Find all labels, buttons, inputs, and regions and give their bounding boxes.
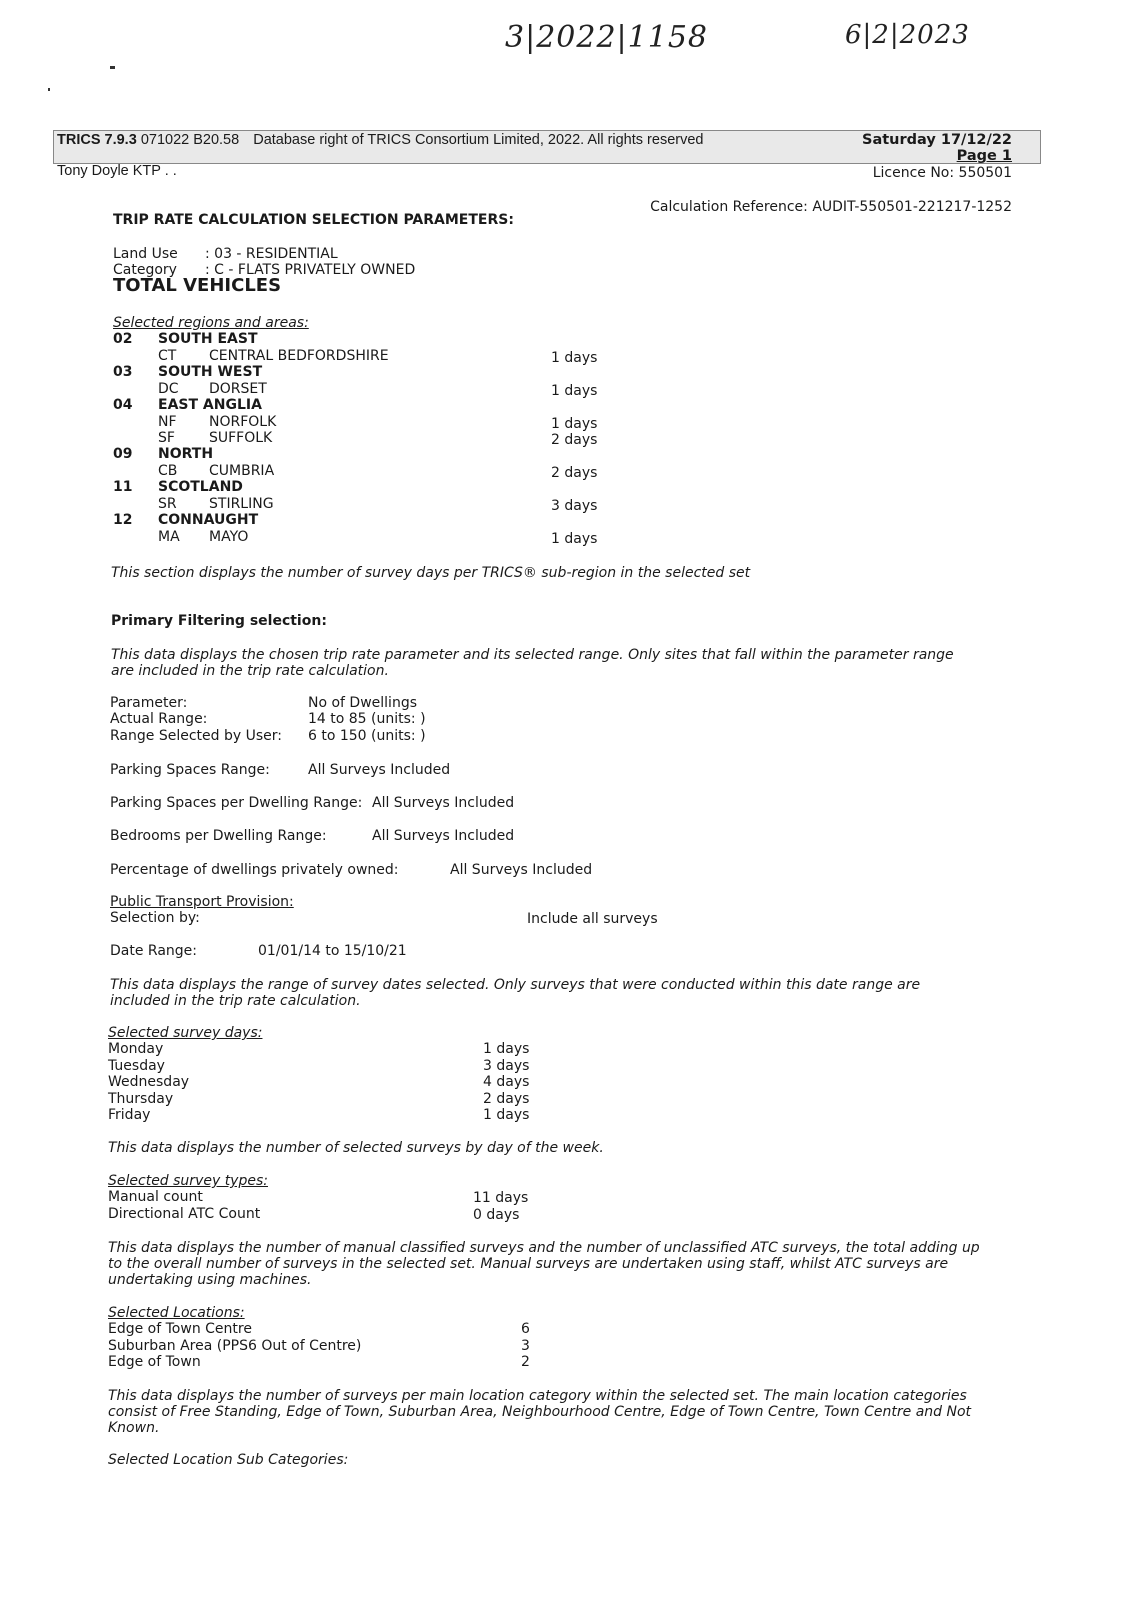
build-id: 071022 B20.58	[141, 132, 239, 148]
survey-type: Directional ATC Count	[108, 1206, 260, 1222]
survey-day: Thursday	[108, 1091, 173, 1107]
region-name: CONNAUGHT	[158, 512, 258, 528]
survey-day: Friday	[108, 1107, 150, 1123]
parking-spaces-label: Parking Spaces Range:	[110, 762, 270, 778]
public-transport-value: Include all surveys	[527, 911, 658, 927]
locations-note: This data displays the number of surveys…	[108, 1388, 988, 1436]
survey-type: Manual count	[108, 1189, 203, 1205]
area-name: MAYO	[209, 529, 248, 545]
region-name: EAST ANGLIA	[158, 397, 262, 413]
area-code: CB	[158, 463, 177, 479]
parking-per-dwelling-value: All Surveys Included	[372, 795, 514, 811]
copyright: Database right of TRICS Consortium Limit…	[253, 132, 703, 148]
bedrooms-per-dwelling-label: Bedrooms per Dwelling Range:	[110, 828, 327, 844]
area-name: CUMBRIA	[209, 463, 274, 479]
pct-private-label: Percentage of dwellings privately owned:	[110, 862, 399, 878]
primary-filtering-note: This data displays the chosen trip rate …	[111, 647, 971, 679]
area-days: 1 days	[551, 350, 597, 366]
pct-private-value: All Surveys Included	[450, 862, 592, 878]
region-code: 04	[113, 397, 132, 413]
area-name: STIRLING	[209, 496, 274, 512]
location-count: 6	[521, 1321, 530, 1337]
handwritten-reference: 3|2022|1158	[505, 20, 708, 55]
survey-type-count: 11 days	[473, 1190, 528, 1206]
region-code: 11	[113, 479, 132, 495]
parameter-label: Parameter:	[110, 695, 187, 711]
area-code: DC	[158, 381, 179, 397]
survey-day: Tuesday	[108, 1058, 165, 1074]
survey-days-note: This data displays the number of selecte…	[108, 1140, 604, 1156]
parking-spaces-value: All Surveys Included	[308, 762, 450, 778]
survey-day-count: 4 days	[483, 1074, 529, 1090]
user-name: Tony Doyle KTP . .	[57, 163, 177, 179]
location-name: Edge of Town	[108, 1354, 201, 1370]
location-count: 3	[521, 1338, 530, 1354]
calculation-reference: Calculation Reference: AUDIT-550501-2212…	[650, 199, 1012, 215]
area-days: 2 days	[551, 465, 597, 481]
region-code: 03	[113, 364, 132, 380]
survey-types-heading: Selected survey types:	[108, 1173, 268, 1189]
location-name: Suburban Area (PPS6 Out of Centre)	[108, 1338, 361, 1354]
user-range-value: 6 to 150 (units: )	[308, 728, 426, 744]
header-line: TRICS 7.9.3 071022 B20.58 Database right…	[57, 132, 703, 148]
report-date: Saturday 17/12/22	[862, 132, 1012, 148]
area-days: 2 days	[551, 432, 597, 448]
parameter-value: No of Dwellings	[308, 695, 417, 711]
area-name: CENTRAL BEDFORDSHIRE	[209, 348, 389, 364]
area-name: NORFOLK	[209, 414, 276, 430]
area-code: SR	[158, 496, 177, 512]
actual-range-label: Actual Range:	[110, 711, 207, 727]
region-code: 09	[113, 446, 132, 462]
scan-mark	[48, 88, 50, 91]
regions-heading: Selected regions and areas:	[113, 315, 309, 331]
handwritten-date: 6|2|2023	[845, 20, 970, 50]
page-number: Page 1	[957, 148, 1012, 164]
land-use-label: Land Use	[113, 246, 178, 262]
region-name: SOUTH WEST	[158, 364, 262, 380]
area-days: 1 days	[551, 383, 597, 399]
scan-mark	[110, 66, 115, 69]
bedrooms-per-dwelling-value: All Surveys Included	[372, 828, 514, 844]
area-name: SUFFOLK	[209, 430, 272, 446]
survey-day: Monday	[108, 1041, 163, 1057]
primary-filtering-heading: Primary Filtering selection:	[111, 613, 327, 629]
region-code: 02	[113, 331, 132, 347]
date-range-note: This data displays the range of survey d…	[110, 977, 970, 1009]
actual-range-value: 14 to 85 (units: )	[308, 711, 426, 727]
public-transport-label: Selection by:	[110, 910, 200, 926]
region-name: NORTH	[158, 446, 213, 462]
area-days: 3 days	[551, 498, 597, 514]
locations-heading: Selected Locations:	[108, 1305, 245, 1321]
survey-types-note: This data displays the number of manual …	[108, 1240, 988, 1288]
survey-day-count: 2 days	[483, 1091, 529, 1107]
area-code: MA	[158, 529, 180, 545]
area-days: 1 days	[551, 531, 597, 547]
date-range-label: Date Range:	[110, 943, 197, 959]
date-range-value: 01/01/14 to 15/10/21	[258, 943, 407, 959]
location-name: Edge of Town Centre	[108, 1321, 252, 1337]
app-version: TRICS 7.9.3	[57, 132, 137, 148]
survey-day-count: 1 days	[483, 1041, 529, 1057]
region-code: 12	[113, 512, 132, 528]
public-transport-heading: Public Transport Provision:	[110, 894, 294, 910]
survey-day: Wednesday	[108, 1074, 189, 1090]
land-use-value: : 03 - RESIDENTIAL	[205, 246, 338, 262]
area-name: DORSET	[209, 381, 267, 397]
parking-per-dwelling-label: Parking Spaces per Dwelling Range:	[110, 795, 362, 811]
location-count: 2	[521, 1354, 530, 1370]
page-title: TRIP RATE CALCULATION SELECTION PARAMETE…	[113, 212, 514, 228]
measure-title: TOTAL VEHICLES	[113, 275, 281, 296]
area-days: 1 days	[551, 416, 597, 432]
sub-categories-heading: Selected Location Sub Categories:	[108, 1452, 348, 1468]
survey-type-count: 0 days	[473, 1207, 519, 1223]
survey-days-heading: Selected survey days:	[108, 1025, 262, 1041]
region-name: SOUTH EAST	[158, 331, 258, 347]
survey-day-count: 1 days	[483, 1107, 529, 1123]
area-code: CT	[158, 348, 176, 364]
user-range-label: Range Selected by User:	[110, 728, 282, 744]
area-code: SF	[158, 430, 175, 446]
area-code: NF	[158, 414, 177, 430]
licence-number: Licence No: 550501	[873, 165, 1012, 181]
survey-day-count: 3 days	[483, 1058, 529, 1074]
regions-note: This section displays the number of surv…	[111, 565, 750, 581]
region-name: SCOTLAND	[158, 479, 243, 495]
